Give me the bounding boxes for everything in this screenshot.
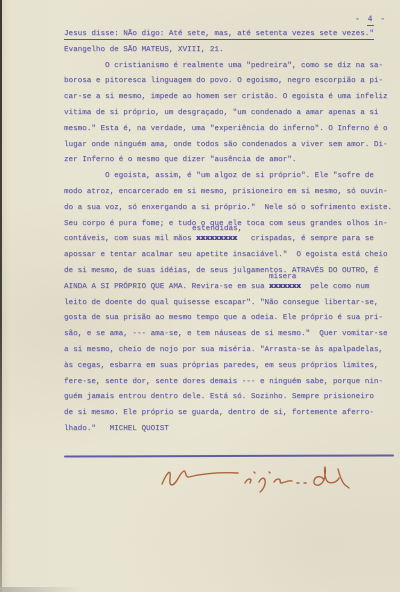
typed-line: gosta de sua prisão ao mesmo tempo que a… (64, 311, 400, 327)
scan-edge-shadow-left (0, 0, 2, 592)
typed-line: são, e se ama, --- ama-se, e tem náuseas… (64, 327, 400, 343)
typed-line: leito de doente do qual quisesse escapar… (64, 296, 400, 312)
line-segment: pele como num (301, 283, 369, 291)
typed-line: lugar onde ninguém ama, onde todos são c… (64, 138, 400, 154)
scripture-quote-line: Jesus disse: NÃo digo: Até sete, mas, at… (64, 27, 400, 43)
typed-line-with-strikeout: AINDA A SI PRÓPRIO QUE AMA. Revira-se em… (64, 280, 400, 296)
typed-line: às cegas, esbarra em suas próprias pared… (64, 359, 400, 375)
typed-line: modo atroz, encarcerado em si mesmo, pri… (64, 185, 400, 201)
interline-correction-misera: misera (269, 273, 296, 281)
underlined-quote-text: Jesus disse: NÃo digo: Até sete, mas, at… (64, 30, 374, 40)
typed-line: borosa e pitoresca linguagem do povo. O … (64, 74, 400, 90)
line-segment: crispadas, é sempre para se (237, 235, 374, 243)
typed-line-with-strikeout: contáveis, com suas mil mãos xxxxxxxxx c… (64, 232, 400, 248)
typed-line: a si mesmo, cheio de nojo por sua miséri… (64, 343, 400, 359)
typed-line: mesmo." Esta é, na verdade, uma "experiê… (64, 122, 400, 138)
handwritten-signature (156, 455, 366, 507)
document-page: - 4 - Jesus disse: NÃo digo: Até sete, m… (0, 0, 400, 592)
typed-line: vitima de si próprio, um desgraçado, "um… (64, 106, 400, 122)
typed-line: do a sua voz, só enxergando a si próprio… (64, 201, 400, 217)
signature-scribble-icon (156, 455, 366, 507)
page-number-prefix: - (355, 15, 367, 24)
typed-line: O cristianismo é realmente uma "pedreira… (64, 59, 400, 75)
page-number: - 4 - (355, 15, 386, 24)
typed-line: de si mesmo. Ele próprio se guarda, dent… (64, 406, 400, 422)
attribution-line: lhado." MICHEL QUOIST (64, 422, 400, 438)
line-segment: contáveis, com suas mil mãos (64, 235, 196, 243)
typed-line: fere-se, sente dor, sente dores demais -… (64, 375, 400, 391)
interline-correction-estendidas: estendidas, (192, 225, 242, 233)
scan-edge-shadow-bottom (0, 587, 80, 592)
typed-line: car-se a si mesmo, impede ao homem ser c… (64, 90, 400, 106)
typed-line: O egoista, assim, é "um algoz de si próp… (64, 169, 400, 185)
typed-over-strikeout: xxxxxxx (269, 283, 301, 291)
typed-line: guém jamais entrou dentro dele. Está só.… (64, 390, 400, 406)
typed-line: de si mesmo, de suas idéias, de seus jul… (64, 264, 400, 280)
typed-line: zer Inferno é o mesmo que dizer "ausênci… (64, 153, 400, 169)
line-segment: AINDA A SI PRÓPRIO QUE AMA. Revira-se em… (64, 283, 269, 291)
scripture-reference-line: Evangelho de SÃO MATEUS, XVIII, 21. (64, 43, 400, 59)
page-number-suffix: - (374, 15, 386, 24)
typed-over-strikeout: xxxxxxxxx (196, 235, 237, 243)
typed-line: apossar e tentar acalmar seu apetite ins… (64, 248, 400, 264)
